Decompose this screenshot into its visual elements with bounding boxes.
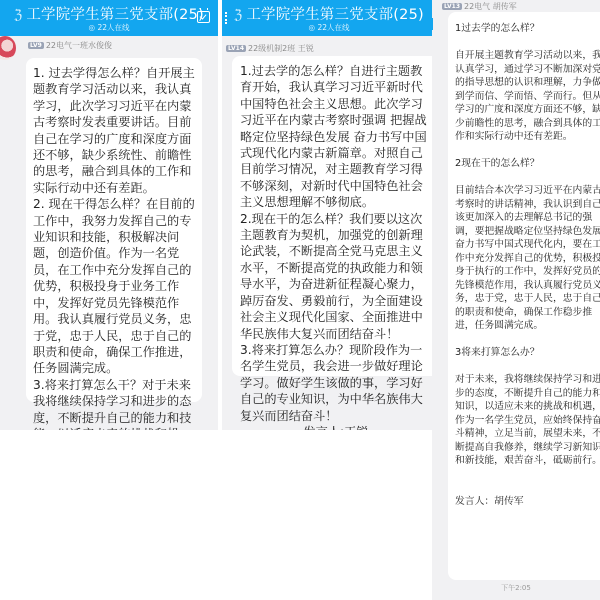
speaker-signature: 发言人：胡传军: [455, 495, 600, 509]
group-title: 工学院学生第三党支部(25): [26, 7, 204, 23]
question-heading: 2现在干的怎么样？: [455, 157, 600, 171]
message-paragraph: 自开展主题教育学习活动以来，我认真学习，通过学习不断加深对党的指导思想的认识和理…: [455, 49, 600, 144]
chat-screenshot-1: ℨ工学院学生第三党支部(25) ◎ 22人在线 LV922电气一班水俊俊 1. …: [0, 0, 218, 430]
message-paragraph: 目前结合本次学习习近平在内蒙古考察时的讲话精神，我认识到自己该更加深入的去理解总…: [455, 184, 600, 333]
message-paragraph: 3.将来打算怎么办？现阶段作为一名学生党员，我会进一步做好理论学习。做好学生该做…: [240, 342, 432, 424]
calendar-check-icon[interactable]: [197, 11, 210, 23]
message-timestamp: 下午2:05: [432, 583, 600, 593]
speaker-signature: 发言人:王锐: [240, 424, 432, 430]
online-count: ◎ 22人在线: [0, 22, 218, 33]
question-heading: 3将来打算怎么办？: [455, 346, 600, 360]
avatar[interactable]: [0, 36, 16, 60]
sender-label: LV1322电气 胡传军: [442, 1, 517, 12]
online-count: ◎ 22人在线: [222, 22, 436, 33]
sender-label: LV922电气一班水俊俊: [28, 40, 112, 51]
message-bubble[interactable]: 1. 过去学得怎么样？自开展主题教育学习活动以来，我认真学习，此次学习习近平在内…: [26, 58, 202, 402]
ear-icon[interactable]: ℨ: [14, 8, 22, 23]
group-title: 工学院学生第三党支部(25): [246, 7, 424, 23]
level-badge: LV9: [28, 42, 44, 49]
level-badge: LV13: [442, 3, 462, 10]
message-paragraph: 1.过去学的怎么样？自进行主题教育开始，我认真学习习近平新时代中国特色社会主义思…: [240, 63, 432, 211]
message-paragraph: 2.现在干的怎么样？我们要以这次主题教育为契机，加强党的创新理论武装，不断提高全…: [240, 211, 432, 342]
chat-header: ℨ工学院学生第三党支部(25) ◎ 22人在线: [0, 0, 218, 36]
sender-label: LV1422级机制2班 王锐: [226, 43, 314, 54]
message-bubble[interactable]: 1.过去学的怎么样？自进行主题教育开始，我认真学习习近平新时代中国特色社会主义思…: [232, 56, 436, 376]
question-heading: 1过去学的怎么样？: [455, 22, 600, 36]
chat-screenshot-2: ℨ工学院学生第三党支部(25) ◎ 22人在线 LV1422级机制2班 王锐 1…: [222, 0, 436, 430]
ear-icon[interactable]: ℨ: [234, 8, 242, 23]
sender-name: 22电气 胡传军: [464, 2, 517, 11]
sender-name: 22电气一班水俊俊: [46, 41, 112, 50]
message-paragraph: 3.将来打算怎么干？对于未来我将继续保持学习和进步的态度，不断提升自己的能力和技…: [33, 377, 196, 430]
message-paragraph: 1. 过去学得怎么样？自开展主题教育学习活动以来，我认真学习，此次学习习近平在内…: [33, 65, 196, 196]
chat-header: ℨ工学院学生第三党支部(25) ◎ 22人在线: [222, 0, 436, 36]
chat-screenshot-3: LV1322电气 胡传军 1过去学的怎么样？ 自开展主题教育学习活动以来，我认真…: [432, 0, 600, 600]
header-edge: [432, 18, 434, 30]
level-badge: LV14: [226, 45, 246, 52]
sender-name: 22级机制2班 王锐: [248, 44, 314, 53]
message-paragraph: 2. 现在干得怎么样？在目前的工作中，我努力发挥自己的专业知识和技能，积极解决问…: [33, 196, 196, 376]
message-bubble[interactable]: 1过去学的怎么样？ 自开展主题教育学习活动以来，我认真学习，通过学习不断加深对党…: [448, 12, 600, 580]
message-paragraph: 对于未来，我将继续保持学习和进步的态度，不断提升自己的能力和知识，以适应未来的挑…: [455, 373, 600, 468]
